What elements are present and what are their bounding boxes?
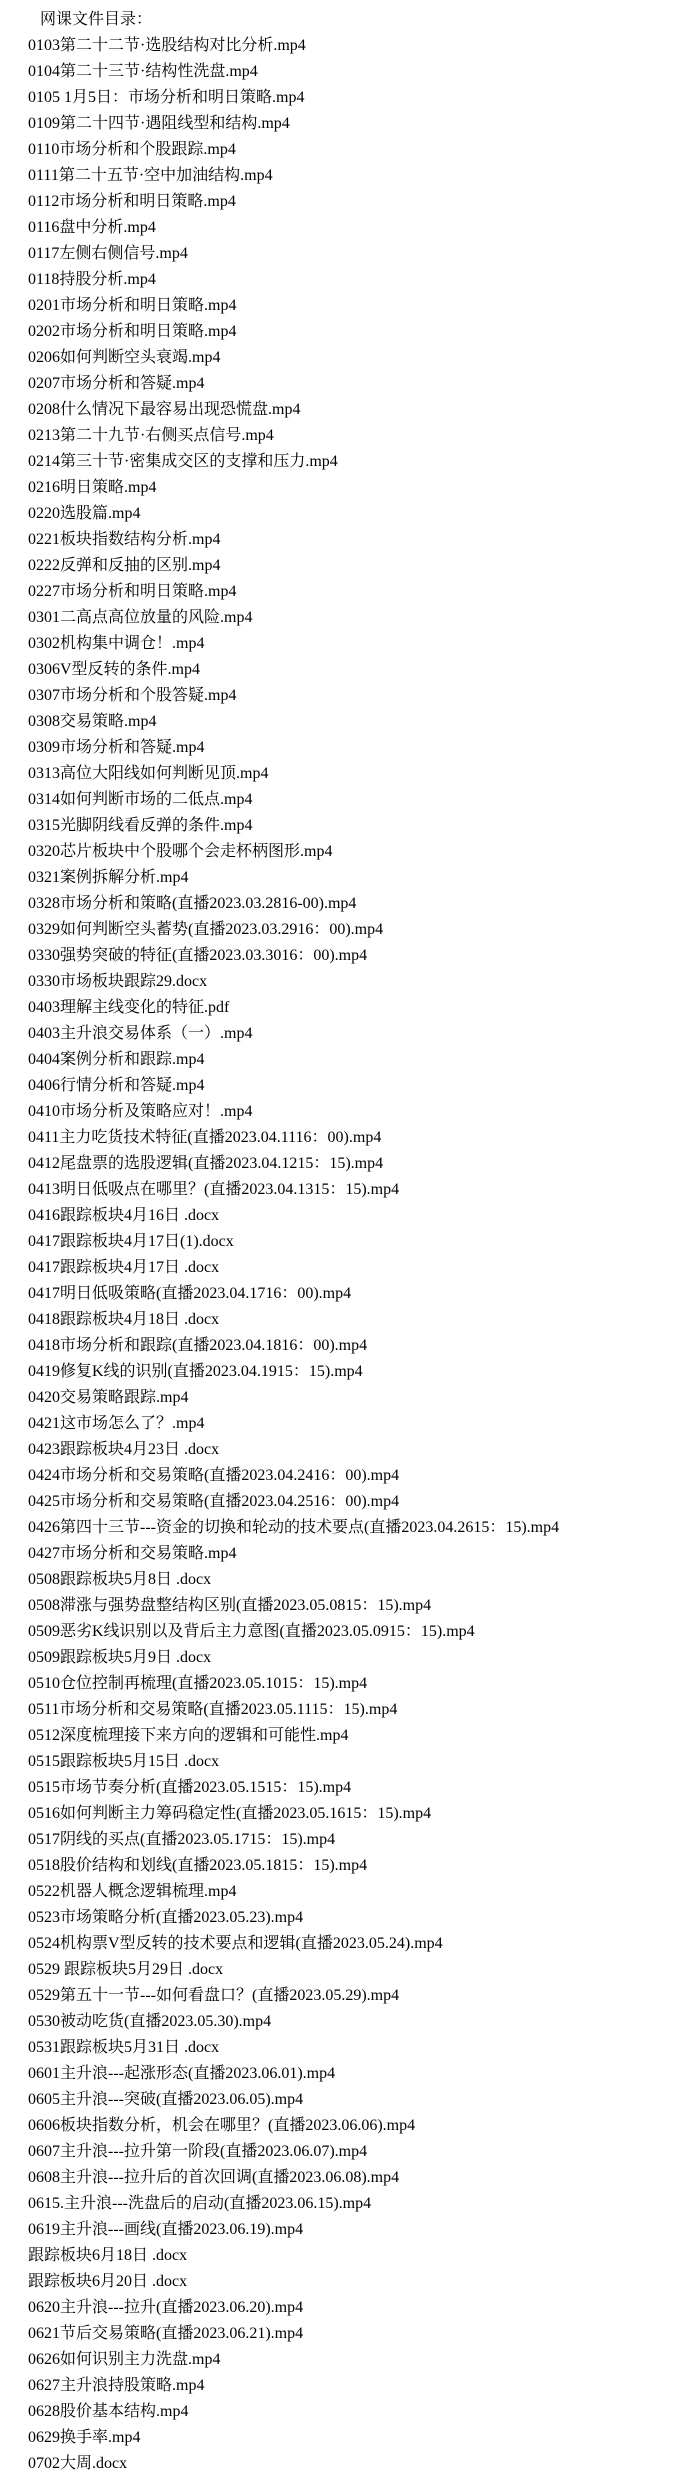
file-item: 0103第二十二节·选股结构对比分析.mp4 xyxy=(28,33,680,59)
file-item: 0413明日低吸点在哪里？(直播2023.04.1315：15).mp4 xyxy=(28,1177,680,1203)
file-item: 0109第二十四节·遇阻线型和结构.mp4 xyxy=(28,111,680,137)
file-item: 0309市场分析和答疑.mp4 xyxy=(28,735,680,761)
file-item: 0403理解主线变化的特征.pdf xyxy=(28,995,680,1021)
file-item: 0419修复K线的识别(直播2023.04.1915：15).mp4 xyxy=(28,1359,680,1385)
file-item: 0110市场分析和个股跟踪.mp4 xyxy=(28,137,680,163)
file-list: 0103第二十二节·选股结构对比分析.mp40104第二十三节·结构性洗盘.mp… xyxy=(28,33,680,2477)
file-item: 0531跟踪板块5月31日 .docx xyxy=(28,2035,680,2061)
file-item: 0524机构票V型反转的技术要点和逻辑(直播2023.05.24).mp4 xyxy=(28,1931,680,1957)
file-item: 0423跟踪板块4月23日 .docx xyxy=(28,1437,680,1463)
file-item: 0702大周.docx xyxy=(28,2451,680,2477)
file-item: 0227市场分析和明日策略.mp4 xyxy=(28,579,680,605)
file-item: 0508滞涨与强势盘整结构区别(直播2023.05.0815：15).mp4 xyxy=(28,1593,680,1619)
file-item: 0425市场分析和交易策略(直播2023.04.2516：00).mp4 xyxy=(28,1489,680,1515)
file-item: 0117左侧右侧信号.mp4 xyxy=(28,241,680,267)
file-item: 0509恶劣K线识别以及背后主力意图(直播2023.05.0915：15).mp… xyxy=(28,1619,680,1645)
file-item: 0315光脚阴线看反弹的条件.mp4 xyxy=(28,813,680,839)
file-item: 0201市场分析和明日策略.mp4 xyxy=(28,293,680,319)
file-item: 0222反弹和反抽的区别.mp4 xyxy=(28,553,680,579)
file-item: 0206如何判断空头衰竭.mp4 xyxy=(28,345,680,371)
page-title: 网课文件目录： xyxy=(28,7,680,33)
file-item: 0330市场板块跟踪29.docx xyxy=(28,969,680,995)
file-item: 0511市场分析和交易策略(直播2023.05.1115：15).mp4 xyxy=(28,1697,680,1723)
file-item: 0112市场分析和明日策略.mp4 xyxy=(28,189,680,215)
file-item: 0418市场分析和跟踪(直播2023.04.1816：00).mp4 xyxy=(28,1333,680,1359)
file-item: 0221板块指数结构分析.mp4 xyxy=(28,527,680,553)
file-item: 0116盘中分析.mp4 xyxy=(28,215,680,241)
file-item: 0105 1月5日：市场分析和明日策略.mp4 xyxy=(28,85,680,111)
file-item: 0302机构集中调仓！.mp4 xyxy=(28,631,680,657)
file-item: 0606板块指数分析，机会在哪里？(直播2023.06.06).mp4 xyxy=(28,2113,680,2139)
file-item: 0104第二十三节·结构性洗盘.mp4 xyxy=(28,59,680,85)
file-item: 0607主升浪---拉升第一阶段(直播2023.06.07).mp4 xyxy=(28,2139,680,2165)
file-item: 0608主升浪---拉升后的首次回调(直播2023.06.08).mp4 xyxy=(28,2165,680,2191)
file-item: 0207市场分析和答疑.mp4 xyxy=(28,371,680,397)
file-item: 0627主升浪持股策略.mp4 xyxy=(28,2373,680,2399)
file-item: 0417跟踪板块4月17日(1).docx xyxy=(28,1229,680,1255)
file-item: 0626如何识别主力洗盘.mp4 xyxy=(28,2347,680,2373)
file-item: 0615.主升浪---洗盘后的启动(直播2023.06.15).mp4 xyxy=(28,2191,680,2217)
file-item: 0410市场分析及策略应对！.mp4 xyxy=(28,1099,680,1125)
file-item: 0111第二十五节·空中加油结构.mp4 xyxy=(28,163,680,189)
file-item: 0406行情分析和答疑.mp4 xyxy=(28,1073,680,1099)
file-item: 跟踪板块6月18日 .docx xyxy=(28,2243,680,2269)
file-item: 0417明日低吸策略(直播2023.04.1716：00).mp4 xyxy=(28,1281,680,1307)
file-item: 0628股价基本结构.mp4 xyxy=(28,2399,680,2425)
file-item: 0523市场策略分析(直播2023.05.23).mp4 xyxy=(28,1905,680,1931)
file-item: 0214第三十节·密集成交区的支撑和压力.mp4 xyxy=(28,449,680,475)
file-item: 0411主力吃货技术特征(直播2023.04.1116：00).mp4 xyxy=(28,1125,680,1151)
file-item: 0416跟踪板块4月16日 .docx xyxy=(28,1203,680,1229)
file-item: 0508跟踪板块5月8日 .docx xyxy=(28,1567,680,1593)
file-item: 0118持股分析.mp4 xyxy=(28,267,680,293)
file-item: 0216明日策略.mp4 xyxy=(28,475,680,501)
file-item: 0510仓位控制再梳理(直播2023.05.1015：15).mp4 xyxy=(28,1671,680,1697)
file-item: 0307市场分析和个股答疑.mp4 xyxy=(28,683,680,709)
file-item: 0208什么情况下最容易出现恐慌盘.mp4 xyxy=(28,397,680,423)
file-item: 0424市场分析和交易策略(直播2023.04.2416：00).mp4 xyxy=(28,1463,680,1489)
file-item: 0213第二十九节·右侧买点信号.mp4 xyxy=(28,423,680,449)
file-item: 0330强势突破的特征(直播2023.03.3016：00).mp4 xyxy=(28,943,680,969)
file-item: 0308交易策略.mp4 xyxy=(28,709,680,735)
file-item: 0426第四十三节---资金的切换和轮动的技术要点(直播2023.04.2615… xyxy=(28,1515,680,1541)
course-file-directory-document: 网课文件目录： 0103第二十二节·选股结构对比分析.mp40104第二十三节·… xyxy=(0,0,680,2486)
file-item: 0509跟踪板块5月9日 .docx xyxy=(28,1645,680,1671)
file-item: 0321案例拆解分析.mp4 xyxy=(28,865,680,891)
file-item: 0301二高点高位放量的风险.mp4 xyxy=(28,605,680,631)
file-item: 0629换手率.mp4 xyxy=(28,2425,680,2451)
file-item: 0412尾盘票的选股逻辑(直播2023.04.1215：15).mp4 xyxy=(28,1151,680,1177)
file-item: 0403主升浪交易体系（一）.mp4 xyxy=(28,1021,680,1047)
file-item: 0512深度梳理接下来方向的逻辑和可能性.mp4 xyxy=(28,1723,680,1749)
file-item: 0306V型反转的条件.mp4 xyxy=(28,657,680,683)
file-item: 0420交易策略跟踪.mp4 xyxy=(28,1385,680,1411)
file-item: 0220选股篇.mp4 xyxy=(28,501,680,527)
file-item: 0515跟踪板块5月15日 .docx xyxy=(28,1749,680,1775)
file-item: 0328市场分析和策略(直播2023.03.2816-00).mp4 xyxy=(28,891,680,917)
file-item: 0202市场分析和明日策略.mp4 xyxy=(28,319,680,345)
file-item: 0516如何判断主力筹码稳定性(直播2023.05.1615：15).mp4 xyxy=(28,1801,680,1827)
file-item: 0620主升浪---拉升(直播2023.06.20).mp4 xyxy=(28,2295,680,2321)
file-item: 0518股价结构和划线(直播2023.05.1815：15).mp4 xyxy=(28,1853,680,1879)
file-item: 0515市场节奏分析(直播2023.05.1515：15).mp4 xyxy=(28,1775,680,1801)
file-item: 0522机器人概念逻辑梳理.mp4 xyxy=(28,1879,680,1905)
file-item: 0517阴线的买点(直播2023.05.1715：15).mp4 xyxy=(28,1827,680,1853)
file-item: 0314如何判断市场的二低点.mp4 xyxy=(28,787,680,813)
file-item: 0313高位大阳线如何判断见顶.mp4 xyxy=(28,761,680,787)
file-item: 0619主升浪---画线(直播2023.06.19).mp4 xyxy=(28,2217,680,2243)
file-item: 0404案例分析和跟踪.mp4 xyxy=(28,1047,680,1073)
file-item: 跟踪板块6月20日 .docx xyxy=(28,2269,680,2295)
file-item: 0418跟踪板块4月18日 .docx xyxy=(28,1307,680,1333)
file-item: 0529 跟踪板块5月29日 .docx xyxy=(28,1957,680,1983)
file-item: 0421这市场怎么了？.mp4 xyxy=(28,1411,680,1437)
file-item: 0530被动吃货(直播2023.05.30).mp4 xyxy=(28,2009,680,2035)
file-item: 0427市场分析和交易策略.mp4 xyxy=(28,1541,680,1567)
file-item: 0329如何判断空头蓄势(直播2023.03.2916：00).mp4 xyxy=(28,917,680,943)
file-item: 0601主升浪---起涨形态(直播2023.06.01).mp4 xyxy=(28,2061,680,2087)
file-item: 0529第五十一节---如何看盘口？(直播2023.05.29).mp4 xyxy=(28,1983,680,2009)
file-item: 0320芯片板块中个股哪个会走杯柄图形.mp4 xyxy=(28,839,680,865)
file-item: 0621节后交易策略(直播2023.06.21).mp4 xyxy=(28,2321,680,2347)
file-item: 0417跟踪板块4月17日 .docx xyxy=(28,1255,680,1281)
file-item: 0605主升浪---突破(直播2023.06.05).mp4 xyxy=(28,2087,680,2113)
